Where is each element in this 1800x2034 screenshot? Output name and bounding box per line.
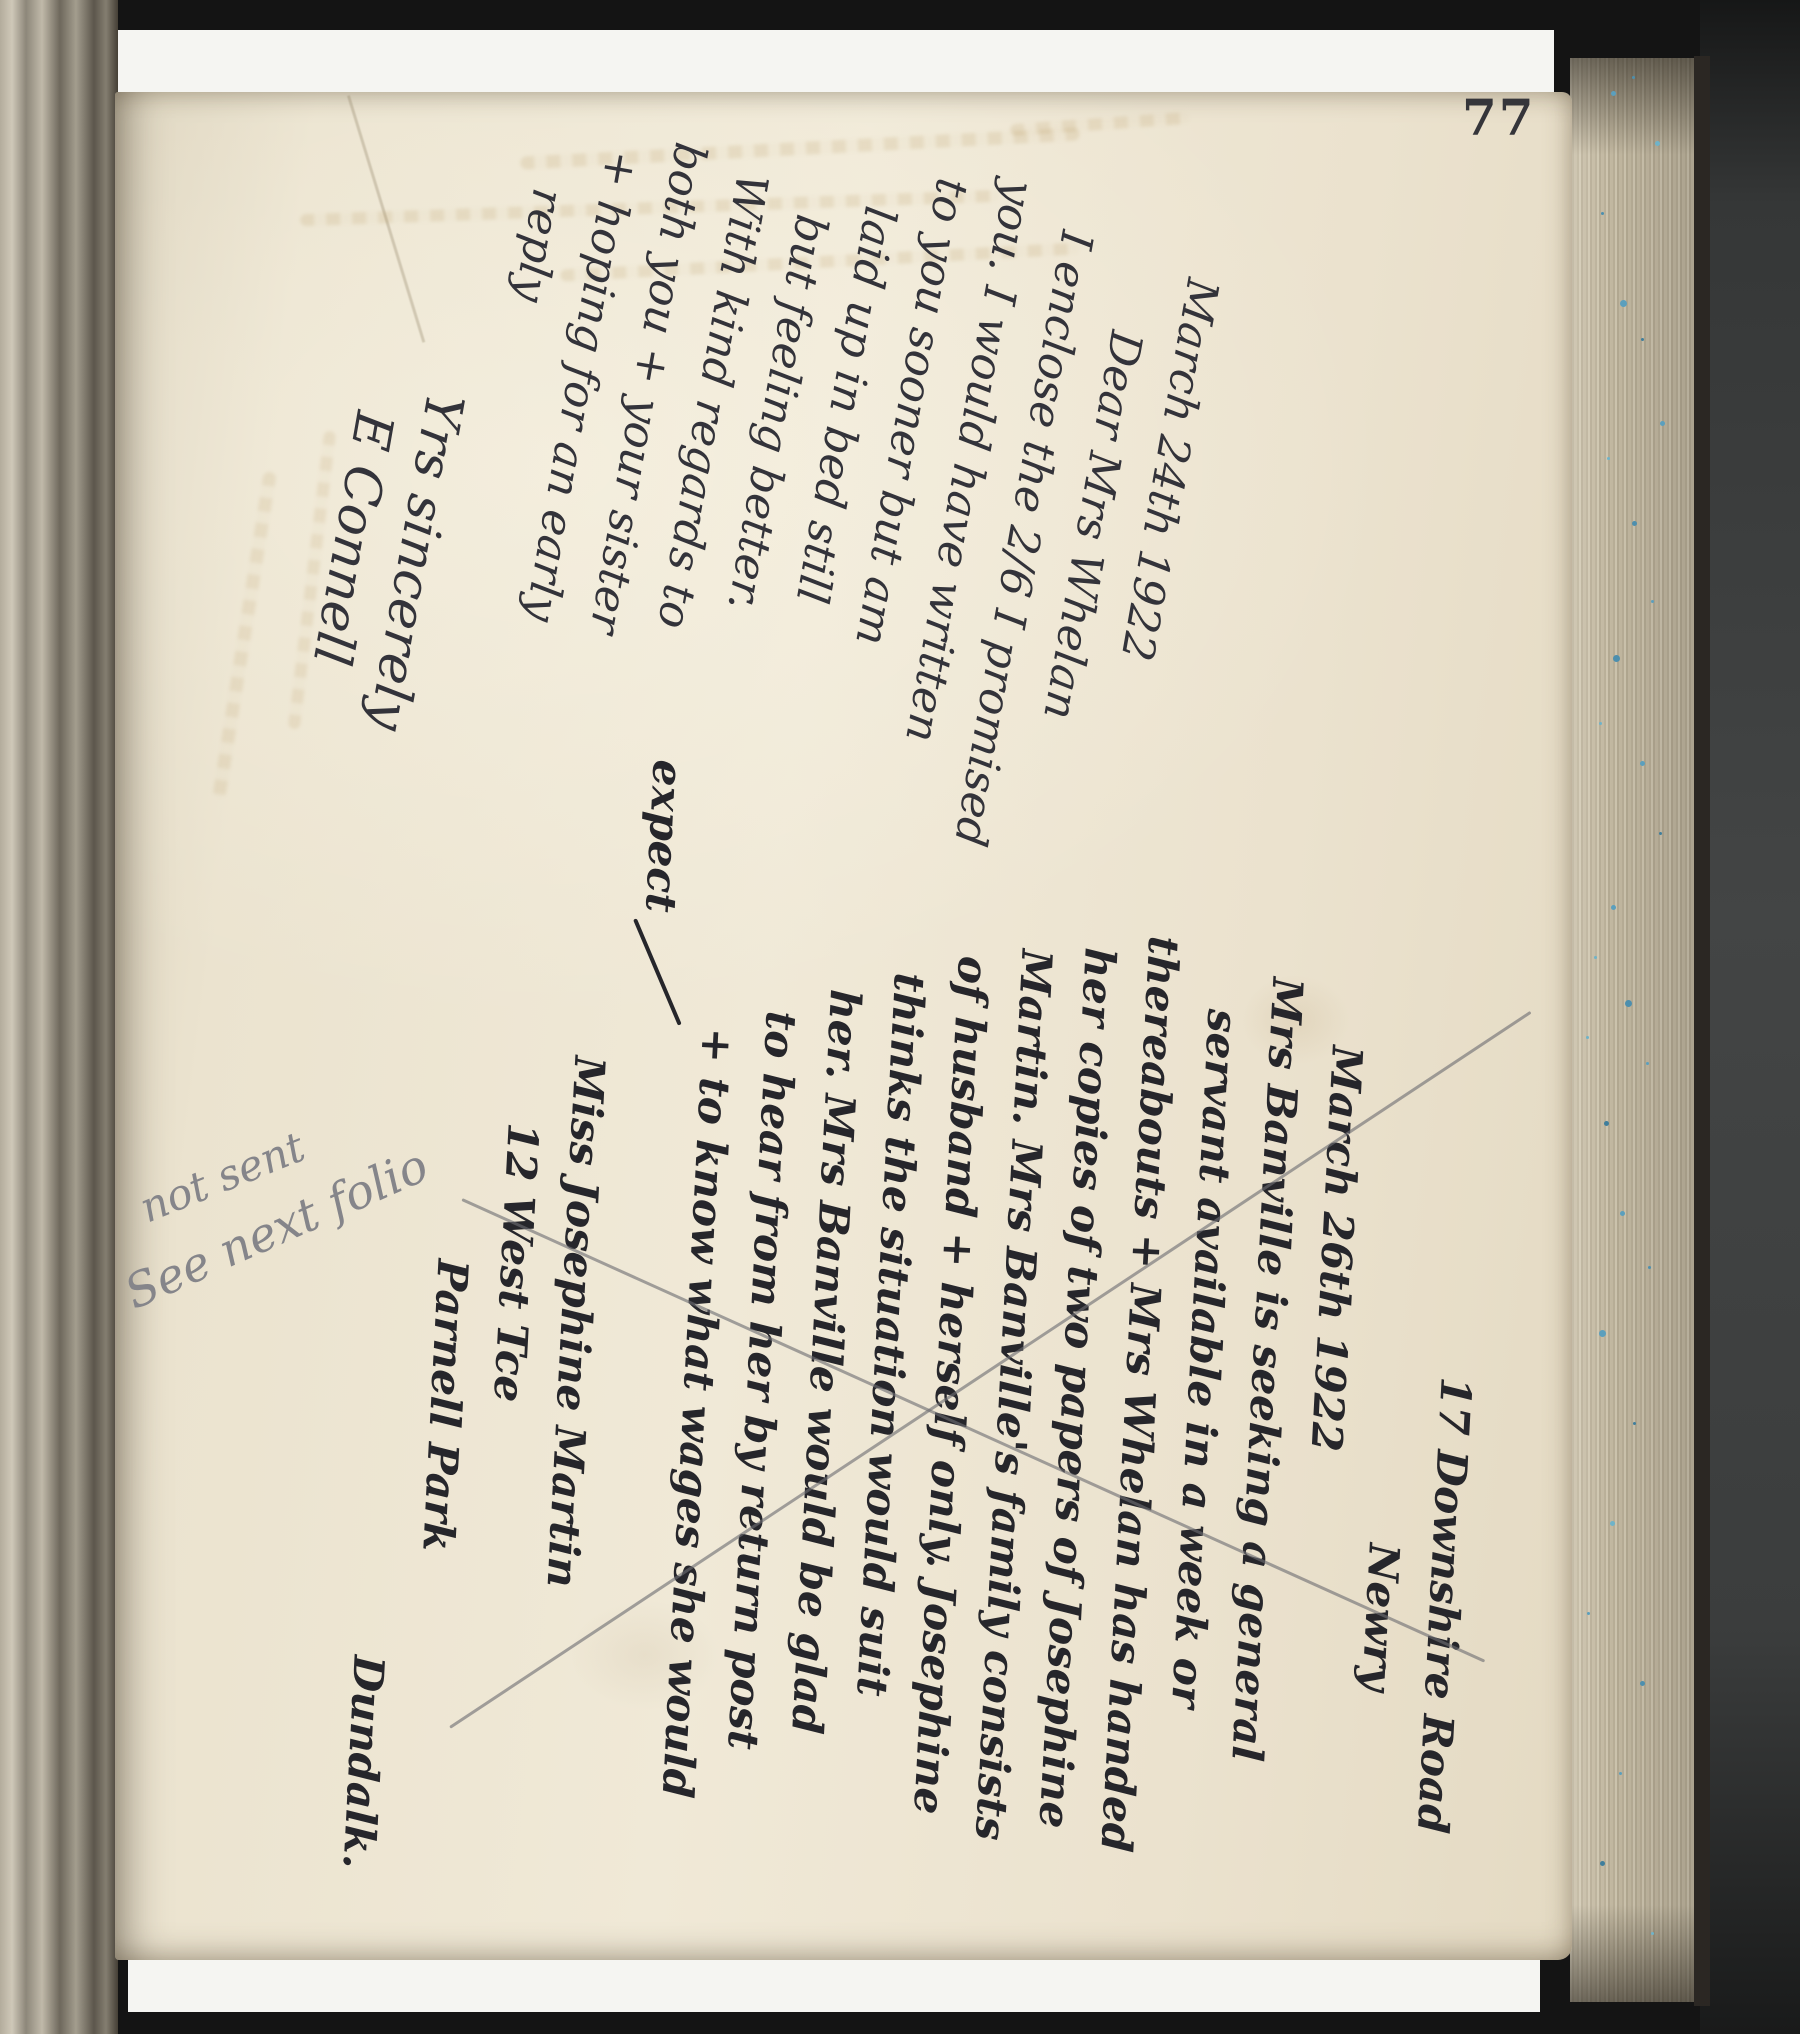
blue-speckles bbox=[0, 0, 3, 3]
backing-sheet-bottom bbox=[128, 1952, 1540, 2012]
letter-bottom-crossed-out: 17 Downshire RoadNewry March 26th 1922 M… bbox=[328, 745, 1517, 1893]
left-page-stack-edge bbox=[0, 0, 118, 2034]
background-right bbox=[1700, 0, 1800, 2034]
book-cover-edge bbox=[1694, 56, 1710, 2006]
fore-edge-shading bbox=[1570, 58, 1698, 2002]
handwritten-line: Dundalk. bbox=[328, 1654, 400, 1837]
folio-number: 77 bbox=[1462, 88, 1562, 147]
book-photograph: 77 March 24th 1922 Dear Mrs Whelan I enc… bbox=[0, 0, 1800, 2034]
letter-bottom-body: Mrs Banville is seeking a generalservant… bbox=[580, 758, 1329, 1883]
